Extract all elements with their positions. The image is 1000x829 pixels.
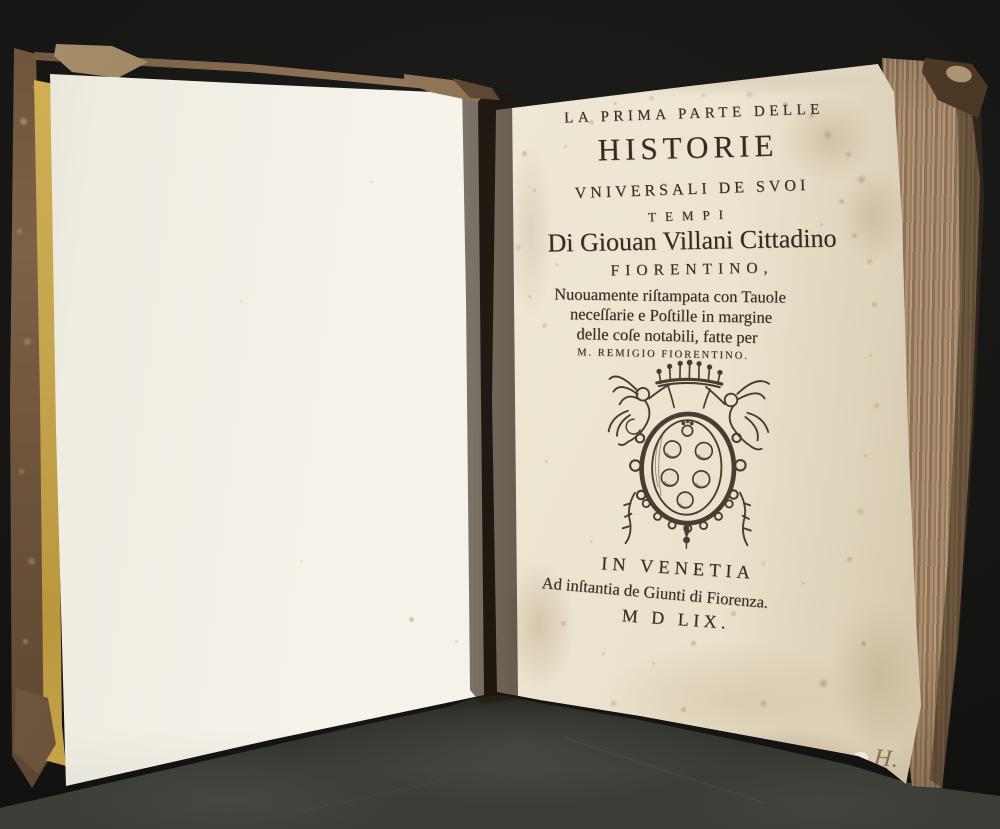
author-line-2: FIORENTINO, [502,258,882,283]
subtitle-caps-1: VNIVERSALI DE SVOI [502,174,882,205]
crown-icon [657,360,723,388]
printer-device-emblem-icon [602,356,773,559]
photo-of-open-antique-book: LA PRIMA PARTE DELLE HISTORIE VNIVERSALI… [0,0,1000,829]
author-line-1: Di Giouan Villani Cittadino [502,223,882,260]
